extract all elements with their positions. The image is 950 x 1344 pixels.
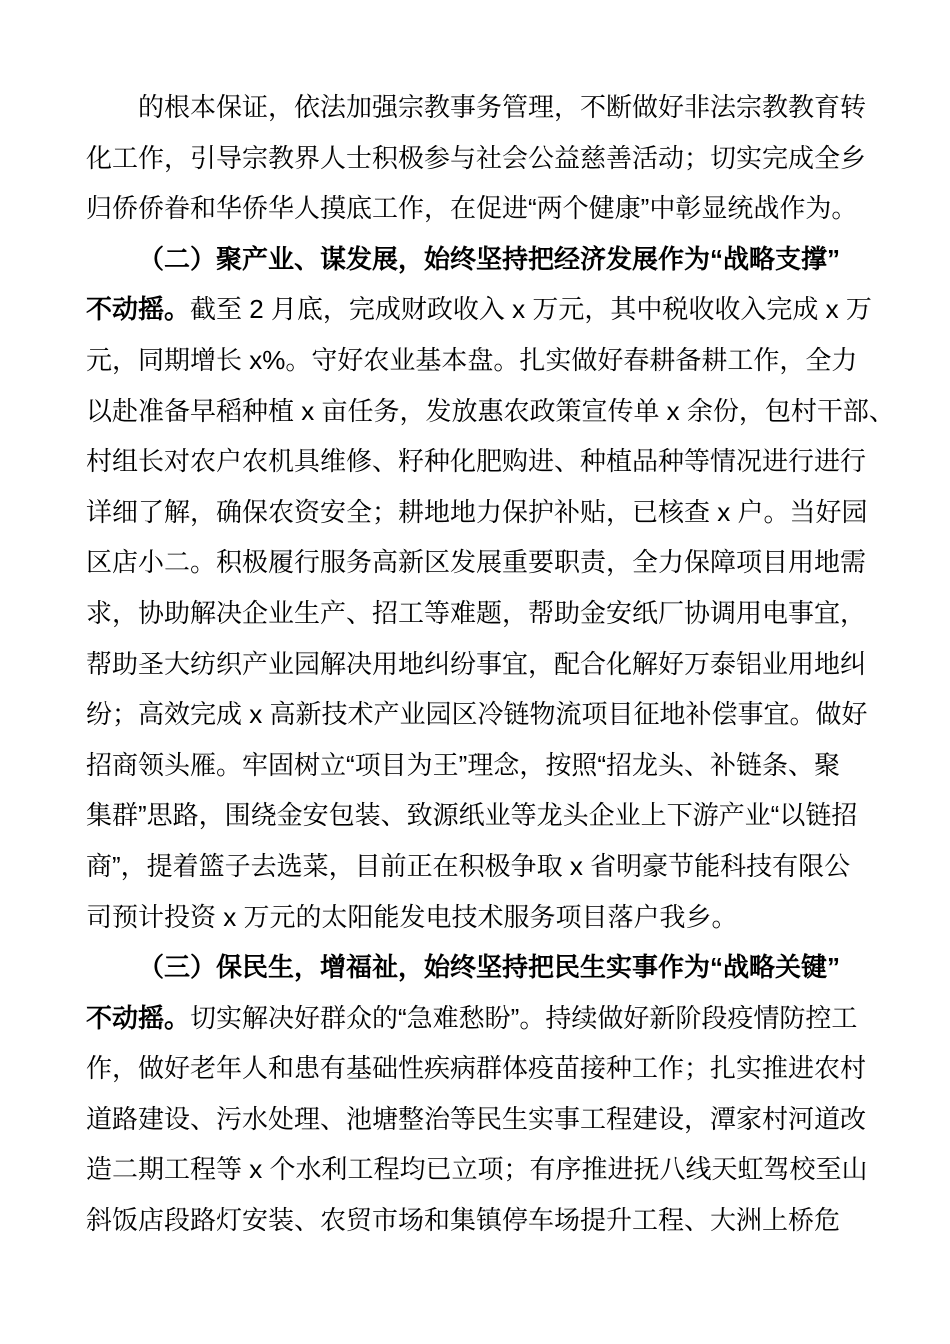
text-segment: 区店小二。积极履行服务高新区发展重要职责，全力保障项目用地需 — [86, 547, 866, 577]
text-segment: 切实解决好群众的“急难愁盼”。持续做好新阶段疫情防控工 — [190, 1003, 857, 1033]
text-segment: 道路建设、污水处理、池塘整治等民生实事工程建设，潭家村河道改 — [86, 1104, 866, 1134]
text-segment: 司预计投资 x 万元的太阳能发电技术服务项目落户我乡。 — [86, 902, 737, 932]
text-segment: 商”，提着篮子去选菜，目前正在积极争取 x 省明豪节能科技有限公 — [86, 851, 850, 881]
bold-text-segment: （三）保民生，增福祉，始终坚持把民生实事作为“战略关键” — [138, 952, 840, 982]
document-page: 的根本保证，依法加强宗教事务管理，不断做好非法宗教教育转化工作，引导宗教界人士积… — [0, 0, 950, 1344]
text-line: 斜饭店段路灯安装、农贸市场和集镇停车场提升工程、大洲上桥危 — [86, 1195, 870, 1246]
text-line: 化工作，引导宗教界人士积极参与社会公益慈善活动；切实完成全乡 — [86, 133, 870, 184]
text-segment: 集群”思路，围绕金安包装、致源纸业等龙头企业上下游产业“以链招 — [86, 800, 857, 830]
text-line: 不动摇。切实解决好群众的“急难愁盼”。持续做好新阶段疫情防控工 — [86, 993, 870, 1044]
text-line: 纷；高效完成 x 高新技术产业园区冷链物流项目征地补偿事宜。做好 — [86, 689, 870, 740]
text-segment: 村组长对农户农机具维修、籽种化肥购进、种植品种等情况进行进行 — [86, 446, 866, 476]
text-line: 详细了解，确保农资安全；耕地地力保护补贴，已核查 x 户。当好园 — [86, 487, 870, 538]
text-line: 求，协助解决企业生产、招工等难题，帮助金安纸厂协调用电事宜， — [86, 588, 870, 639]
text-segment: 求，协助解决企业生产、招工等难题，帮助金安纸厂协调用电事宜， — [86, 598, 866, 628]
text-line: 道路建设、污水处理、池塘整治等民生实事工程建设，潭家村河道改 — [86, 1094, 870, 1145]
text-line: 作，做好老年人和患有基础性疾病群体疫苗接种工作；扎实推进农村 — [86, 1043, 870, 1094]
text-segment: 元，同期增长 x%。守好农业基本盘。扎实做好春耕备耕工作，全力 — [86, 345, 857, 375]
text-line: 村组长对农户农机具维修、籽种化肥购进、种植品种等情况进行进行 — [86, 436, 870, 487]
text-segment: 以赴准备早稻种植 x 亩任务，发放惠农政策宣传单 x 余份，包村干部、 — [86, 396, 895, 426]
text-segment: 斜饭店段路灯安装、农贸市场和集镇停车场提升工程、大洲上桥危 — [86, 1205, 840, 1235]
text-line: 集群”思路，围绕金安包装、致源纸业等龙头企业上下游产业“以链招 — [86, 790, 870, 841]
text-line: 司预计投资 x 万元的太阳能发电技术服务项目落户我乡。 — [86, 892, 870, 943]
text-line: 不动摇。截至 2 月底，完成财政收入 x 万元，其中税收收入完成 x 万 — [86, 284, 870, 335]
bold-text-segment: （二）聚产业、谋发展，始终坚持把经济发展作为“战略支撑” — [138, 244, 840, 274]
text-segment: 招商领头雁。牢固树立“项目为王”理念，按照“招龙头、补链条、聚 — [86, 750, 840, 780]
bold-text-segment: 不动摇。 — [86, 294, 190, 324]
text-line: 归侨侨眷和华侨华人摸底工作，在促进“两个健康”中彰显统战作为。 — [86, 183, 870, 234]
document-body: 的根本保证，依法加强宗教事务管理，不断做好非法宗教教育转化工作，引导宗教界人士积… — [86, 82, 870, 1246]
text-segment: 作，做好老年人和患有基础性疾病群体疫苗接种工作；扎实推进农村 — [86, 1053, 866, 1083]
text-line: 以赴准备早稻种植 x 亩任务，发放惠农政策宣传单 x 余份，包村干部、 — [86, 386, 870, 437]
text-line: （三）保民生，增福祉，始终坚持把民生实事作为“战略关键” — [86, 942, 870, 993]
text-segment: 帮助圣大纺织产业园解决用地纠纷事宜，配合化解好万泰铝业用地纠 — [86, 649, 866, 679]
text-segment: 化工作，引导宗教界人士积极参与社会公益慈善活动；切实完成全乡 — [86, 143, 866, 173]
text-line: 招商领头雁。牢固树立“项目为王”理念，按照“招龙头、补链条、聚 — [86, 740, 870, 791]
text-line: 造二期工程等 x 个水利工程均已立项；有序推进抚八线天虹驾校至山 — [86, 1144, 870, 1195]
text-segment: 详细了解，确保农资安全；耕地地力保护补贴，已核查 x 户。当好园 — [86, 497, 867, 527]
text-line: 的根本保证，依法加强宗教事务管理，不断做好非法宗教教育转 — [86, 82, 870, 133]
text-segment: 截至 2 月底，完成财政收入 x 万元，其中税收收入完成 x 万 — [190, 294, 872, 324]
bold-text-segment: 不动摇。 — [86, 1003, 190, 1033]
text-segment: 的根本保证，依法加强宗教事务管理，不断做好非法宗教教育转 — [138, 92, 866, 122]
text-segment: 归侨侨眷和华侨华人摸底工作，在促进“两个健康”中彰显统战作为。 — [86, 193, 857, 223]
text-segment: 造二期工程等 x 个水利工程均已立项；有序推进抚八线天虹驾校至山 — [86, 1154, 867, 1184]
text-line: 区店小二。积极履行服务高新区发展重要职责，全力保障项目用地需 — [86, 537, 870, 588]
text-line: （二）聚产业、谋发展，始终坚持把经济发展作为“战略支撑” — [86, 234, 870, 285]
text-segment: 纷；高效完成 x 高新技术产业园区冷链物流项目征地补偿事宜。做好 — [86, 699, 867, 729]
text-line: 元，同期增长 x%。守好农业基本盘。扎实做好春耕备耕工作，全力 — [86, 335, 870, 386]
text-line: 商”，提着篮子去选菜，目前正在积极争取 x 省明豪节能科技有限公 — [86, 841, 870, 892]
text-line: 帮助圣大纺织产业园解决用地纠纷事宜，配合化解好万泰铝业用地纠 — [86, 639, 870, 690]
